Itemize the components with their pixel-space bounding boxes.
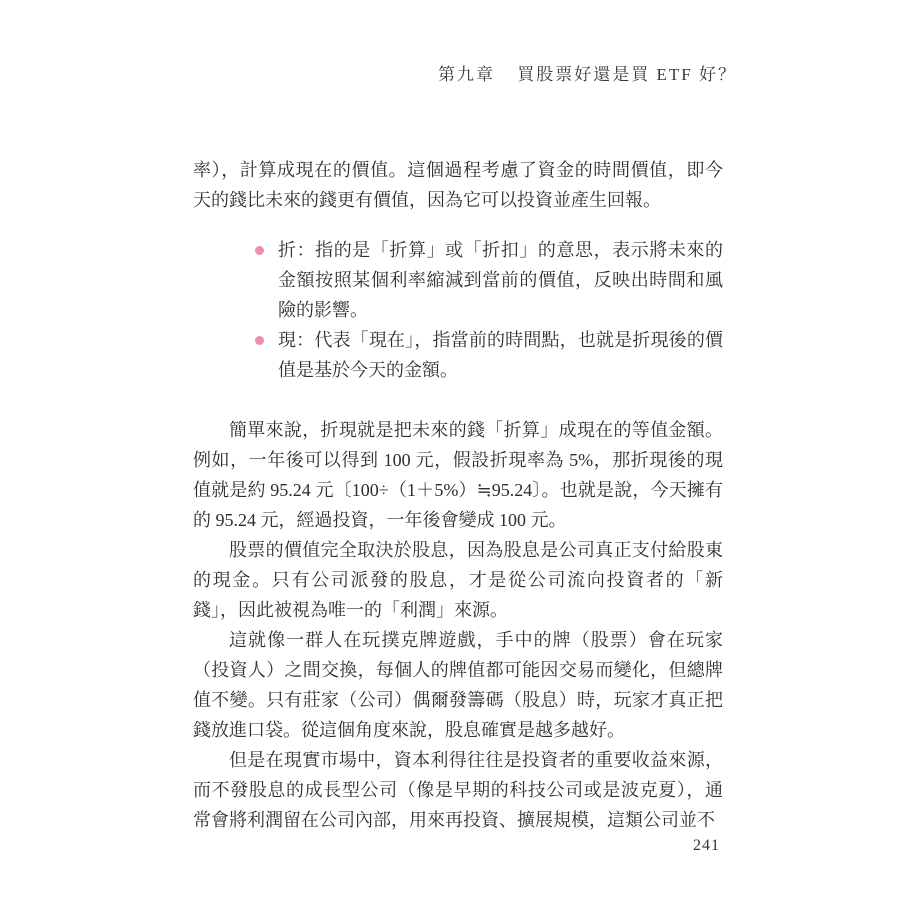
paragraph: 股票的價值完全取決於股息，因為股息是公司真正支付給股東的現金。只有公司派發的股息… — [193, 535, 723, 625]
bullet-text: 現：代表「現在」，指當前的時間點，也就是折現後的價值是基於今天的金額。 — [278, 330, 723, 380]
paragraph: 這就像一群人在玩撲克牌遊戲，手中的牌（股票）會在玩家（投資人）之間交換，每個人的… — [193, 625, 723, 745]
body-text: 率），計算成現在的價值。這個過程考慮了資金的時間價值，即今天的錢比未來的錢更有價… — [193, 155, 723, 835]
page-number: 241 — [693, 837, 720, 855]
list-item: 折：指的是「折算」或「折扣」的意思，表示將未來的金額按照某個利率縮減到當前的價值… — [193, 235, 723, 325]
paragraph: 簡單來說，折現就是把未來的錢「折算」成現在的等值金額。例如，一年後可以得到 10… — [193, 415, 723, 535]
running-header: 第九章 買股票好還是買 ETF 好？ — [438, 64, 737, 86]
bullet-list: 折：指的是「折算」或「折扣」的意思，表示將未來的金額按照某個利率縮減到當前的價值… — [193, 235, 723, 385]
chapter-title: 買股票好還是買 ETF 好？ — [517, 65, 737, 84]
bullet-dot-icon — [255, 336, 264, 345]
list-item: 現：代表「現在」，指當前的時間點，也就是折現後的價值是基於今天的金額。 — [193, 325, 723, 385]
paragraph-continued: 率），計算成現在的價值。這個過程考慮了資金的時間價值，即今天的錢比未來的錢更有價… — [193, 155, 723, 215]
paragraph: 但是在現實市場中，資本利得往往是投資者的重要收益來源，而不發股息的成長型公司（像… — [193, 745, 723, 835]
book-page: 第九章 買股票好還是買 ETF 好？ 率），計算成現在的價值。這個過程考慮了資金… — [0, 0, 900, 900]
chapter-label: 第九章 — [438, 65, 495, 84]
bullet-dot-icon — [255, 246, 264, 255]
bullet-text: 折：指的是「折算」或「折扣」的意思，表示將未來的金額按照某個利率縮減到當前的價值… — [278, 240, 723, 320]
